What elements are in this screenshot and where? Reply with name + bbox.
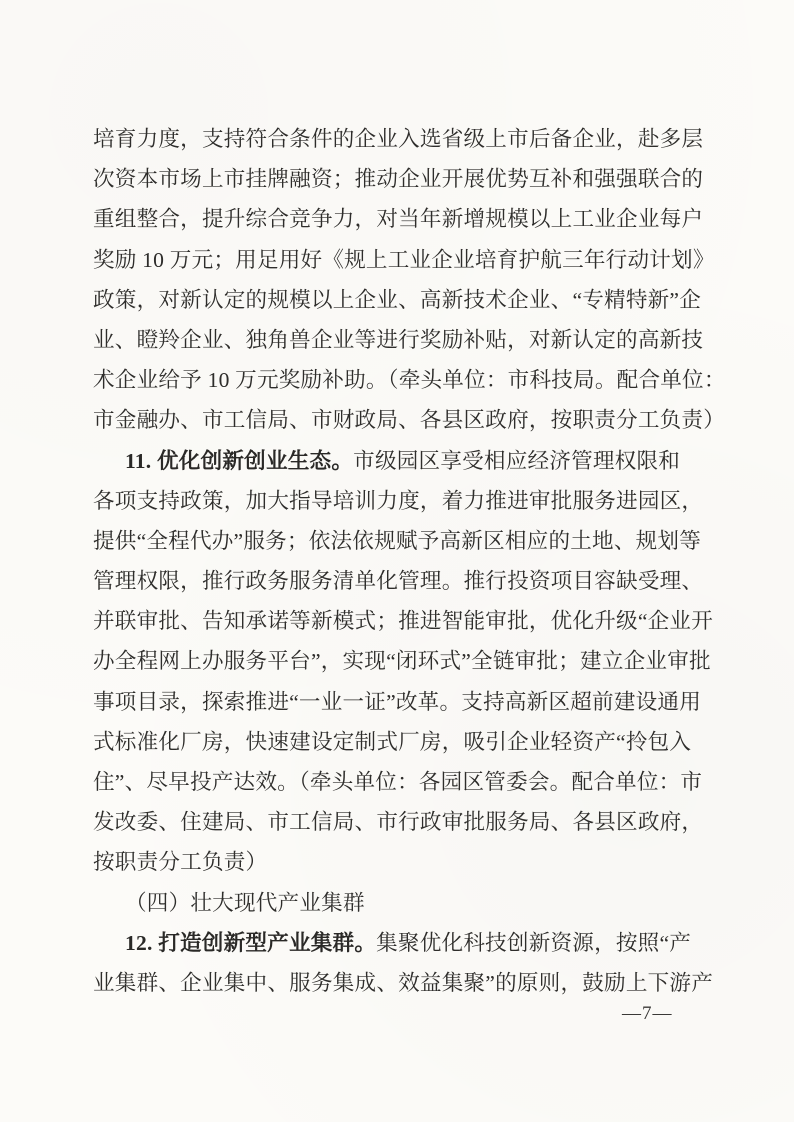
text-line: 发改委、住建局、市工信局、市行政审批服务局、各县区政府， [93,802,707,842]
text-line: 住”、尽早投产达效。（牵头单位：各园区管委会。配合单位：市 [93,762,707,802]
text-line-content: 重组整合，提升综合竞争力，对当年新增规模以上工业企业每户 [93,207,703,231]
text-line: 培育力度，支持符合条件的企业入选省级上市后备企业，赴多层 [93,119,707,159]
text-line: 各项支持政策，加大指导培训力度，着力推进审批服务进园区， [93,481,707,521]
document-body: 培育力度，支持符合条件的企业入选省级上市后备企业，赴多层 次资本市场上市挂牌融资… [93,119,707,1003]
text-line-content: 奖励 10 万元；用足用好《规上工业企业培育护航三年行动计划》 [93,248,715,272]
text-line-content: 术企业给予 10 万元奖励补助。（牵头单位：市科技局。配合单位： [93,368,726,392]
text-line: 市金融办、市工信局、市财政局、各县区政府，按职责分工负责） [93,400,707,440]
text-line-content: 市金融办、市工信局、市财政局、各县区政府，按职责分工负责） [93,408,725,432]
text-line-content: 业集群、企业集中、服务集成、效益集聚”的原则，鼓励上下游产 [93,971,713,995]
text-line-content: 按职责分工负责） [93,850,267,874]
text-line: 管理权限，推行政务服务清单化管理。推行投资项目容缺受理、 [93,561,707,601]
text-line-content: 政策，对新认定的规模以上企业、高新技术企业、“专精特新”企 [93,288,701,312]
text-line-content: 事项目录，探索推进“一业一证”改革。支持高新区超前建设通用 [93,690,701,714]
text-line: 奖励 10 万元；用足用好《规上工业企业培育护航三年行动计划》 [93,240,707,280]
item-12-title: 12. 打造创新型产业集群。 [125,931,376,955]
text-line-content: 次资本市场上市挂牌融资；推动企业开展优势互补和强强联合的 [93,167,703,191]
text-line: 提供“全程代办”服务；依法依规赋予高新区相应的土地、规划等 [93,521,707,561]
text-line-content: 提供“全程代办”服务；依法依规赋予高新区相应的土地、规划等 [93,529,701,553]
text-line-content: 式标准化厂房，快速建设定制式厂房，吸引企业轻资产“拎包入 [93,730,691,754]
text-line: 重组整合，提升综合竞争力，对当年新增规模以上工业企业每户 [93,199,707,239]
text-line-content: 市级园区享受相应经济管理权限和 [353,449,680,473]
text-line: 事项目录，探索推进“一业一证”改革。支持高新区超前建设通用 [93,682,707,722]
text-line-content: 培育力度，支持符合条件的企业入选省级上市后备企业，赴多层 [93,127,703,151]
text-line: 次资本市场上市挂牌融资；推动企业开展优势互补和强强联合的 [93,159,707,199]
page-number: —7— [622,1001,673,1027]
text-line-content: 集聚优化科技创新资源，按照“产 [376,931,691,955]
text-line: 术企业给予 10 万元奖励补助。（牵头单位：市科技局。配合单位： [93,360,707,400]
text-line-content: 各项支持政策，加大指导培训力度，着力推进审批服务进园区， [93,489,703,513]
section-4-heading-line: （四）壮大现代产业集群 [93,883,707,923]
item-11-heading-line: 11. 优化创新创业生态。市级园区享受相应经济管理权限和 [93,441,707,481]
text-line-content: 住”、尽早投产达效。（牵头单位：各园区管委会。配合单位：市 [93,770,702,794]
text-line: 业集群、企业集中、服务集成、效益集聚”的原则，鼓励上下游产 [93,963,707,1003]
text-line-content: 管理权限，推行政务服务清单化管理。推行投资项目容缺受理、 [93,569,703,593]
text-line-content: 并联审批、告知承诺等新模式；推进智能审批，优化升级“企业开 [93,609,713,633]
text-line: 并联审批、告知承诺等新模式；推进智能审批，优化升级“企业开 [93,601,707,641]
text-line: 政策，对新认定的规模以上企业、高新技术企业、“专精特新”企 [93,280,707,320]
section-4-heading: （四）壮大现代产业集群 [125,891,365,915]
text-line: 按职责分工负责） [93,842,707,882]
text-line: 式标准化厂房，快速建设定制式厂房，吸引企业轻资产“拎包入 [93,722,707,762]
text-line-content: 发改委、住建局、市工信局、市行政审批服务局、各县区政府， [93,810,703,834]
item-11-title: 11. 优化创新创业生态。 [125,449,353,473]
text-line-content: 业、瞪羚企业、独角兽企业等进行奖励补贴，对新认定的高新技 [93,328,703,352]
text-line: 办全程网上办服务平台”，实现“闭环式”全链审批；建立企业审批 [93,641,707,681]
text-line: 业、瞪羚企业、独角兽企业等进行奖励补贴，对新认定的高新技 [93,320,707,360]
text-line-content: 办全程网上办服务平台”，实现“闭环式”全链审批；建立企业审批 [93,649,711,673]
item-12-heading-line: 12. 打造创新型产业集群。集聚优化科技创新资源，按照“产 [93,923,707,963]
